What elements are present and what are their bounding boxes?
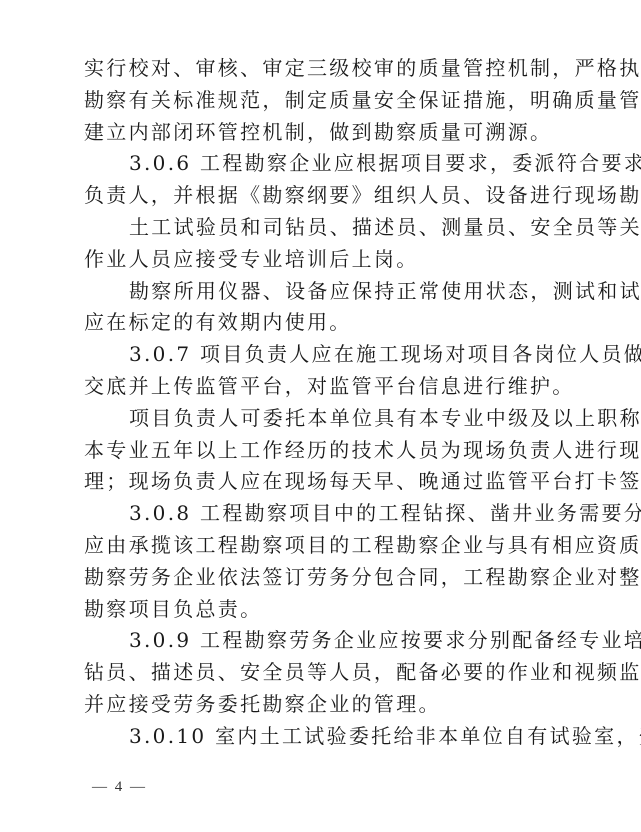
paragraph-start: 勘察所用仪器、设备应保持正常使用状态，测试和试验仪器 [84, 276, 564, 308]
text-line: 勘察项目负总责。 [84, 594, 564, 626]
text-line: 应由承揽该工程勘察项目的工程勘察企业与具有相应资质的工程 [84, 530, 564, 562]
text-line: 勘察有关标准规范，制定质量安全保证措施，明确质量管理目标， [84, 85, 564, 117]
page-number: — 4 — [92, 776, 147, 798]
text-line: 本专业五年以上工作经历的技术人员为现场负责人进行现场管 [84, 435, 564, 467]
text-line: 勘察劳务企业依法签订劳务分包合同，工程勘察企业对整个工程 [84, 562, 564, 594]
paragraph-start: 土工试验员和司钻员、描述员、测量员、安全员等关键岗位 [84, 212, 564, 244]
text-line: 并应接受劳务委托勘察企业的管理。 [84, 689, 564, 721]
clause-3-0-10: 3.0.10 室内土工试验委托给非本单位自有试验室，受委托的 [84, 721, 564, 753]
clause-3-0-6: 3.0.6 工程勘察企业应根据项目要求，委派符合要求的项目 [84, 148, 564, 180]
text-line: 作业人员应接受专业培训后上岗。 [84, 244, 564, 276]
document-page: 实行校对、审核、审定三级校审的质量管控机制，严格执行工程 勘察有关标准规范，制定… [0, 0, 641, 832]
text-line: 交底并上传监管平台，对监管平台信息进行维护。 [84, 371, 564, 403]
text-line: 钻员、描述员、安全员等人员，配备必要的作业和视频监控设备， [84, 657, 564, 689]
text-line: 负责人，并根据《勘察纲要》组织人员、设备进行现场勘察作业。 [84, 180, 564, 212]
clause-3-0-8: 3.0.8 工程勘察项目中的工程钻探、凿井业务需要分包时， [84, 498, 564, 530]
body-text: 实行校对、审核、审定三级校审的质量管控机制，严格执行工程 勘察有关标准规范，制定… [84, 53, 564, 753]
text-line: 建立内部闭环管控机制，做到勘察质量可溯源。 [84, 117, 564, 149]
paragraph-start: 项目负责人可委托本单位具有本专业中级及以上职称或具有 [84, 403, 564, 435]
text-line: 应在标定的有效期内使用。 [84, 307, 564, 339]
clause-3-0-9: 3.0.9 工程勘察劳务企业应按要求分别配备经专业培训的司 [84, 625, 564, 657]
clause-3-0-7: 3.0.7 项目负责人应在施工现场对项目各岗位人员做好技术 [84, 339, 564, 371]
text-line: 理；现场负责人应在现场每天早、晚通过监管平台打卡签到。 [84, 466, 564, 498]
text-line: 实行校对、审核、审定三级校审的质量管控机制，严格执行工程 [84, 53, 564, 85]
